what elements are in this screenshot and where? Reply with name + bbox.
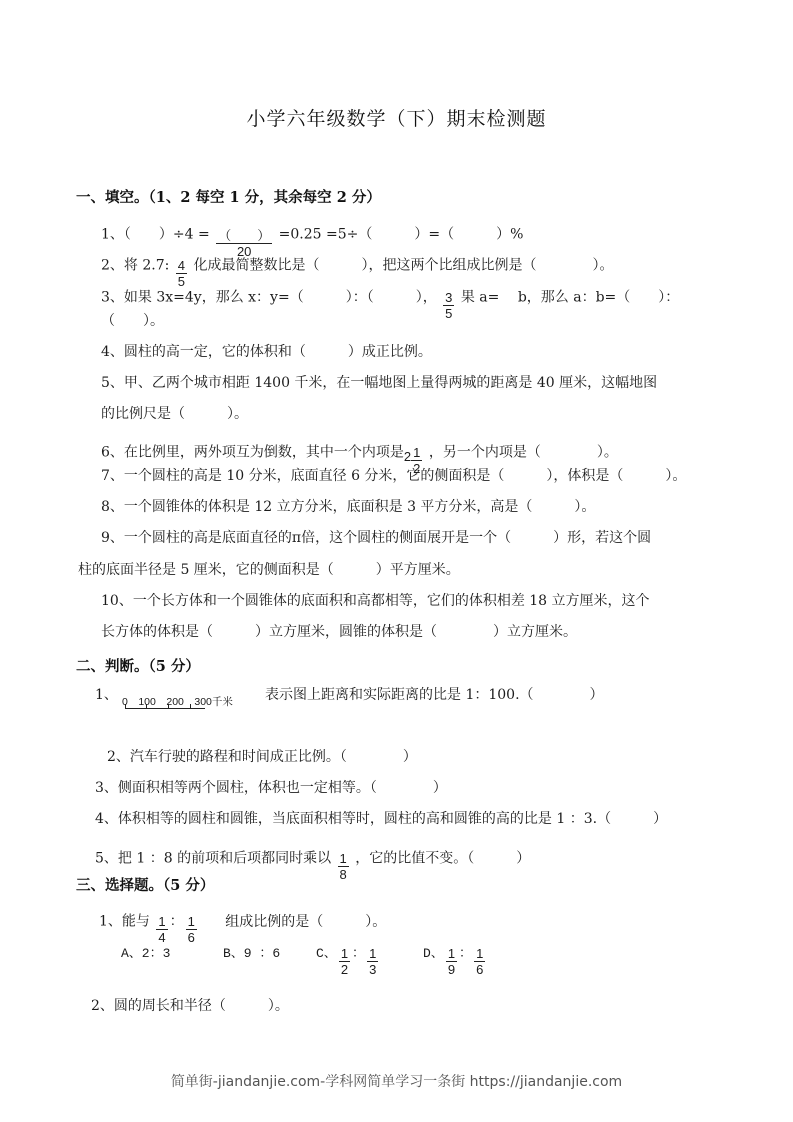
fraction: 1 6 bbox=[474, 946, 485, 977]
section-heading-multiple-choice: 三、选择题。（5 分） bbox=[76, 874, 214, 895]
question-1-6: 6、在比例里，两外项互为倒数，其中一个内项是2 1 2 ，另一个内项是（ ）。 bbox=[101, 437, 618, 468]
q-text: 2、将 2.7: bbox=[101, 258, 169, 274]
scale-tick bbox=[125, 704, 126, 709]
scale-tick bbox=[190, 704, 191, 709]
q-text: 6、在比例里，两外项互为倒数，其中一个内项是 bbox=[101, 445, 404, 461]
q-text: ，它的比值不变。（ ） bbox=[355, 851, 530, 867]
question-2-2: 2、汽车行驶的路程和时间成正比例。（ ） bbox=[107, 749, 417, 765]
q-text: 化成最简整数比是（ ），把这两个比组成比例是（ ）。 bbox=[193, 258, 613, 274]
scale-tick bbox=[168, 704, 169, 709]
question-1-2: 2、将 2.7: 4 5 化成最简整数比是（ ），把这两个比组成比例是（ ）。 bbox=[101, 250, 613, 281]
question-1-1: 1、（ ）÷4 = （ ） 20 =0.25 =5÷（ ）=（ ）% bbox=[101, 219, 523, 250]
map-scale-bar: 0 100 200 300千米 bbox=[122, 694, 247, 716]
q-text: ，另一个内项是（ ）。 bbox=[429, 445, 618, 461]
section-heading-fill-blank: 一、填空。（1、2 每空 1 分，其余每空 2 分） bbox=[76, 186, 381, 207]
option-d: D、 1 9 ： 1 6 bbox=[423, 938, 487, 969]
q-text: =0.25 =5÷（ ）=（ ）% bbox=[279, 227, 524, 243]
option-c: C、 1 2 ： 1 3 bbox=[316, 938, 380, 969]
question-3-2: 2、圆的周长和半径（ ）。 bbox=[91, 998, 289, 1014]
question-2-5: 5、把 1 ：8 的前项和后项都同时乘以 1 8 ，它的比值不变。（ ） bbox=[95, 843, 530, 874]
ratio-colon: ： bbox=[170, 914, 184, 930]
option-b: B、9 ：6 bbox=[223, 946, 280, 962]
question-2-1-prefix: 1、 bbox=[95, 687, 118, 703]
question-1-3-continued: （ ）。 bbox=[101, 313, 164, 329]
fraction: 1 3 bbox=[367, 946, 378, 977]
question-1-8: 8、一个圆锥体的体积是 12 立方分米，底面积是 3 平方分米，高是（ ）。 bbox=[101, 499, 595, 515]
scale-line bbox=[125, 708, 205, 709]
question-2-4: 4、体积相等的圆柱和圆锥，当底面积相等时，圆柱的高和圆锥的高的比是 1 ：3.（… bbox=[95, 811, 667, 827]
q-text: 5、把 1 ：8 的前项和后项都同时乘以 bbox=[95, 851, 331, 867]
q-text: 3、如果 3x=4y，那么 x：y=（ ）：（ ）， bbox=[101, 290, 437, 306]
fraction: 1 2 bbox=[339, 946, 350, 977]
fraction: 1 4 bbox=[156, 914, 167, 945]
scale-labels: 0 100 200 300千米 bbox=[122, 694, 233, 709]
q-text: 组成比例的是（ ）。 bbox=[225, 914, 386, 930]
scale-tick bbox=[146, 704, 147, 709]
question-1-7: 7、一个圆柱的高是 10 分米，底面直径 6 分米，它的侧面积是（ ），体积是（… bbox=[101, 468, 686, 484]
question-1-9: 9、一个圆柱的高是底面直径的π倍，这个圆柱的侧面展开是一个（ ）形，若这个圆 bbox=[101, 530, 651, 546]
question-2-3: 3、侧面积相等两个圆柱，体积也一定相等。（ ） bbox=[95, 780, 447, 796]
fraction: 1 6 bbox=[186, 914, 197, 945]
question-1-9-continued: 柱的底面半径是 5 厘米，它的侧面积是（ ）平方厘米。 bbox=[78, 562, 460, 578]
fraction: 1 8 bbox=[338, 851, 349, 882]
question-1-5-continued: 的比例尺是（ ）。 bbox=[101, 406, 248, 422]
question-1-4: 4、圆柱的高一定，它的体积和（ ）成正比例。 bbox=[101, 344, 432, 360]
page-title: 小学六年级数学（下）期末检测题 bbox=[0, 104, 793, 131]
section-heading-true-false: 二、判断。（5 分） bbox=[76, 655, 200, 676]
footer-watermark: 简单街-jiandanjie.com-学科网简单学习一条街 https://ji… bbox=[0, 1071, 793, 1091]
question-2-1: 表示图上距离和实际距离的比是 1：100.（ ） bbox=[265, 687, 604, 703]
q-text: 果 a= b，那么 a：b=（ ）： bbox=[461, 290, 679, 306]
question-1-5: 5、甲、乙两个城市相距 1400 千米，在一幅地图上量得两城的距离是 40 厘米… bbox=[101, 375, 657, 391]
question-1-10-continued: 长方体的体积是（ ）立方厘米，圆锥的体积是（ ）立方厘米。 bbox=[101, 624, 577, 640]
fraction: 1 9 bbox=[446, 946, 457, 977]
option-a: A、2：3 bbox=[121, 946, 170, 962]
fraction: 3 5 bbox=[443, 290, 454, 321]
question-3-1: 1、能与 1 4 ： 1 6 组成比例的是（ ）。 bbox=[99, 906, 386, 937]
q-text: 1、能与 bbox=[99, 914, 150, 930]
question-1-10: 10、一个长方体和一个圆锥体的底面积和高都相等，它们的体积相差 18 立方厘米，… bbox=[101, 593, 650, 609]
mixed-number-whole: 2 bbox=[404, 449, 411, 464]
question-1-3: 3、如果 3x=4y，那么 x：y=（ ）：（ ）， 3 5 果 a= b，那么… bbox=[101, 282, 679, 313]
q-text: 1、（ ）÷4 = bbox=[101, 227, 210, 243]
